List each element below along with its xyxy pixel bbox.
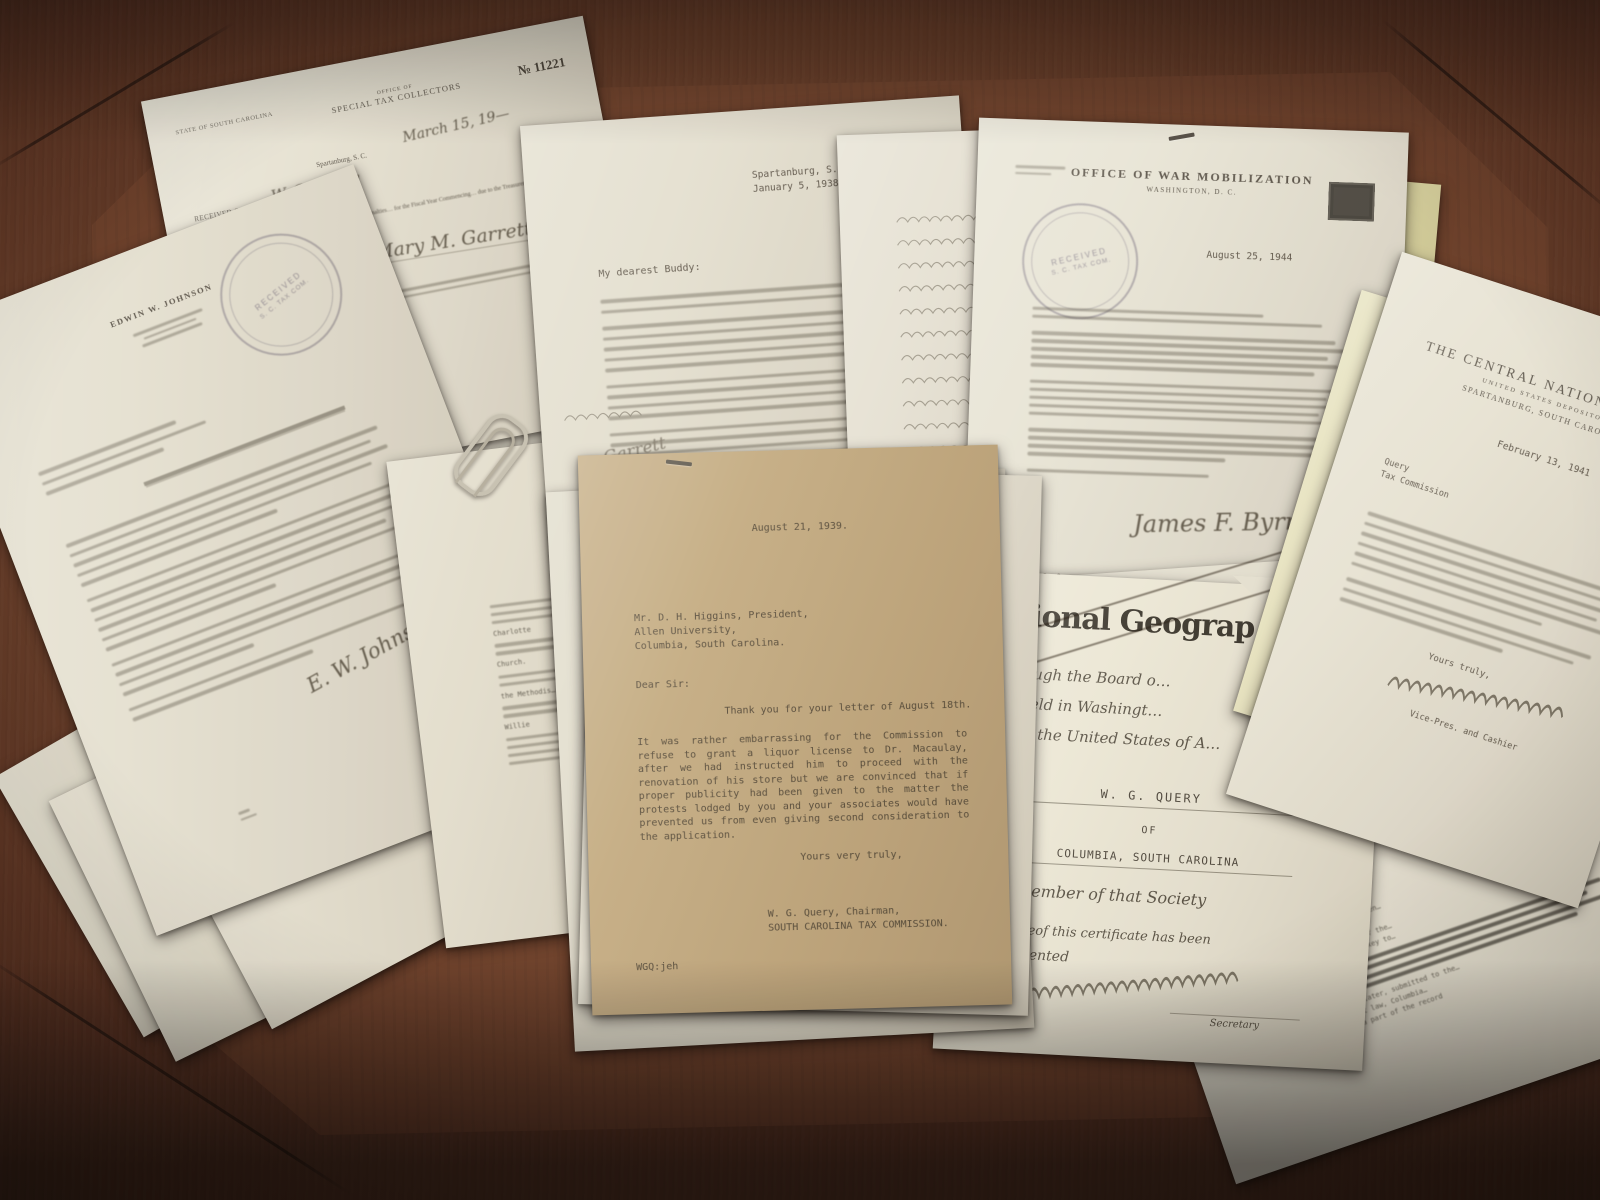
letter-date: February 13, 1941 <box>1496 439 1592 480</box>
form-place-line: Spartanburg, S. C. <box>316 152 368 170</box>
certificate-member-city: COLUMBIA, SOUTH CAROLINA <box>1003 844 1294 877</box>
certificate-society-line: member of that Society <box>1016 881 1207 910</box>
typed-text-lines <box>1030 331 1361 378</box>
letter-paragraph: Thank you for your letter of August 18th… <box>724 699 989 717</box>
form-state-line: STATE OF SOUTH CAROLINA <box>175 111 273 137</box>
photo-of-documents: …not now in position to pay 1934 taxes… … <box>0 0 1600 1200</box>
staple-icon <box>1168 133 1194 141</box>
handwriting-line <box>898 302 978 319</box>
handwriting-scribble <box>561 396 648 434</box>
secretary-label: Secretary <box>1169 1013 1300 1034</box>
letter-date: August 21, 1939. <box>752 521 849 535</box>
typed-line <box>600 282 861 304</box>
handwriting-line <box>1026 962 1242 1006</box>
letter-salutation: My dearest Buddy: <box>598 262 701 280</box>
stamp-mark-icon <box>1328 182 1375 222</box>
typed-line <box>42 420 207 486</box>
stamp-text: S. C. TAX COM. <box>1051 256 1112 277</box>
typed-line <box>45 447 164 495</box>
typed-line <box>1027 452 1225 462</box>
staple-icon <box>666 459 692 465</box>
signer-title: Vice-Pres. and Cashier <box>1408 709 1518 753</box>
signer-organization: SOUTH CAROLINA TAX COMMISSION. <box>768 918 949 934</box>
typist-initials-lines <box>237 766 355 825</box>
closing-line: Yours very truly, <box>800 849 903 863</box>
typed-line <box>1032 314 1322 328</box>
form-serial-number: № 11221 <box>516 54 566 79</box>
typed-text-lines <box>1029 379 1360 426</box>
stamp-text: RECEIVED <box>1050 246 1107 268</box>
letter-paragraph: It was rather embarrassing for the Commi… <box>637 727 970 844</box>
typed-text-lines <box>1032 306 1362 329</box>
signer-name: W. G. Query, Chairman, <box>768 905 901 919</box>
handwriting-line <box>562 405 648 425</box>
recipient-line: Tax Commission <box>1379 469 1450 501</box>
letter-salutation: Dear Sir: <box>636 679 690 691</box>
form-signature-handwritten: Mary M. Garrett <box>373 217 534 265</box>
form-date-handwritten: March 15, 19— <box>401 106 511 146</box>
bank-name: THE CENTRAL NATIONAL BANK <box>1374 322 1600 452</box>
document-query-letter: August 21, 1939. Mr. D. H. Higgins, Pres… <box>578 445 1013 1016</box>
stamp-text: RECEIVED <box>253 270 303 313</box>
reference-initials: WGQ:jeh <box>636 961 678 973</box>
typed-line <box>240 813 257 821</box>
certificate-of-word: OF <box>1004 818 1294 844</box>
stamp-text: S. C. TAX COM. <box>259 277 311 321</box>
secretary-signature <box>1026 971 1241 996</box>
typed-line <box>238 808 250 815</box>
letter-date: January 5, 1938 <box>753 178 839 195</box>
letter-date: August 25, 1944 <box>1206 250 1292 264</box>
typed-line <box>1027 468 1209 478</box>
